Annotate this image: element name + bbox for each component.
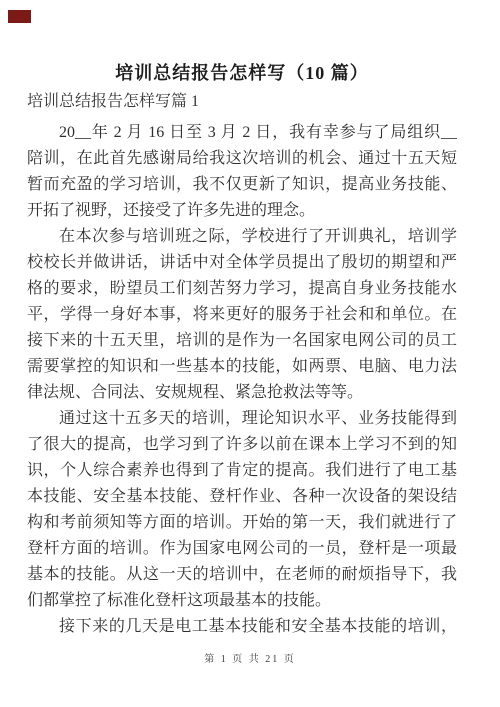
- text-line: 20__年 2 月 16 日至 3 月 2 日，我有幸参与了局组织__: [27, 120, 457, 146]
- text-line: 平，学得一身好本事，将来更好的服务于社会和和单位。在: [27, 302, 457, 328]
- text-line: 识，个人综合素养也得到了肯定的提高。我们进行了电工基: [27, 458, 457, 484]
- page-number-footer: 第 1 页 共 21 页: [0, 653, 500, 666]
- text-line: 格的要求，盼望员工们刻苦努力学习，提高自身业务技能水: [27, 276, 457, 302]
- text-line: 登杆方面的培训。作为国家电网公司的一员，登杆是一项最: [27, 536, 457, 562]
- text-line: 本技能、安全基本技能、登杆作业、各种一次设备的架设结: [27, 484, 457, 510]
- text-line: 在本次参与培训班之际，学校进行了开训典礼，培训学: [27, 224, 457, 250]
- text-line: 需要掌控的知识和一些基本的技能，如两票、电脑、电力法: [27, 354, 457, 380]
- text-line: 陪训，在此首先感谢局给我这次培训的机会、通过十五天短: [27, 146, 457, 172]
- text-line: 接下来的十五天里，培训的是作为一名国家电网公司的员工: [27, 328, 457, 354]
- text-line: 基本的技能。从这一天的培训中，在老师的耐烦指导下，我: [27, 562, 457, 588]
- paragraph: 通过这十五多天的培训，理论知识水平、业务技能得到了很大的提高，也学习到了许多以前…: [27, 406, 457, 614]
- text-line: 开拓了视野，还接受了许多先进的理念。: [27, 198, 457, 224]
- red-corner-mark: [8, 10, 31, 23]
- text-line: 了很大的提高，也学习到了许多以前在课本上学习不到的知: [27, 432, 457, 458]
- text-line: 暂而充盈的学习培训，我不仅更新了知识，提高业务技能、: [27, 172, 457, 198]
- paragraph: 在本次参与培训班之际，学校进行了开训典礼，培训学校校长并做讲话，讲话中对全体学员…: [27, 224, 457, 406]
- document-page: 培训总结报告怎样写（10 篇） 培训总结报告怎样写篇 1 20__年 2 月 1…: [0, 0, 500, 707]
- paragraph: 接下来的几天是电工基本技能和安全基本技能的培训，: [27, 614, 457, 640]
- paragraph: 20__年 2 月 16 日至 3 月 2 日，我有幸参与了局组织__陪训，在此…: [27, 120, 457, 224]
- document-body: 20__年 2 月 16 日至 3 月 2 日，我有幸参与了局组织__陪训，在此…: [27, 117, 457, 640]
- document-title: 培训总结报告怎样写（10 篇）: [27, 59, 457, 87]
- text-line: 律法规、合同法、安规规程、紧急抢救法等等。: [27, 380, 457, 406]
- text-line: 校校长并做讲话，讲话中对全体学员提出了殷切的期望和严: [27, 250, 457, 276]
- text-line: 接下来的几天是电工基本技能和安全基本技能的培训，: [27, 614, 457, 640]
- document-content: 培训总结报告怎样写（10 篇） 培训总结报告怎样写篇 1 20__年 2 月 1…: [27, 59, 457, 640]
- section-heading: 培训总结报告怎样写篇 1: [27, 87, 457, 117]
- text-line: 们都掌控了标准化登杆这项最基本的技能。: [27, 588, 457, 614]
- text-line: 通过这十五多天的培训，理论知识水平、业务技能得到: [27, 406, 457, 432]
- text-line: 构和考前须知等方面的培训。开始的第一天，我们就进行了: [27, 510, 457, 536]
